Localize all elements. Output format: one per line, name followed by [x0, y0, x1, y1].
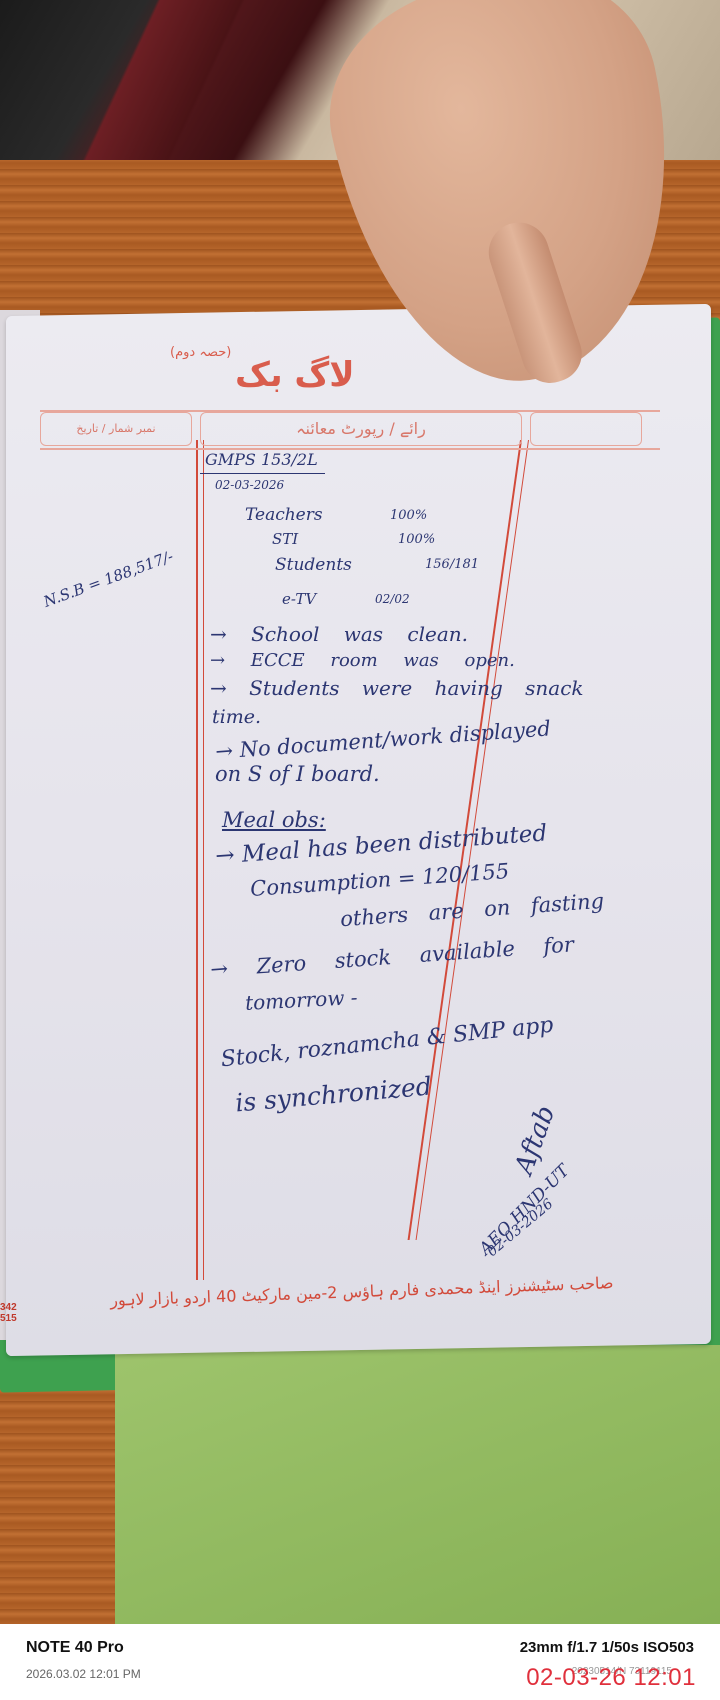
- attendance-value: 100%: [390, 508, 427, 523]
- photo: (حصہ دوم) لاگ بک نمبر شمار / تاریخ رائے …: [0, 0, 720, 1624]
- school-code: GMPS 153/2L: [205, 450, 318, 469]
- logbook-title: لاگ بک: [235, 355, 355, 395]
- observation-line: time.: [212, 706, 261, 728]
- logbook-page: [6, 304, 711, 1356]
- printer-code: 342 515: [0, 1302, 17, 1324]
- date-stamp: 02-03-26 12:01: [526, 1664, 696, 1692]
- green-plastic-folder: [115, 1345, 720, 1624]
- attendance-value: 100%: [398, 532, 435, 547]
- printer-code-line: 342: [0, 1302, 17, 1313]
- attendance-value: 156/181: [425, 557, 479, 572]
- school-code-underline: [200, 473, 325, 474]
- observation-line: → School was clean.: [210, 622, 468, 646]
- header-left-cell: نمبر شمار / تاریخ: [40, 412, 192, 446]
- observation-line: on S of I board.: [215, 762, 380, 786]
- logbook-part-label: (حصہ دوم): [170, 345, 231, 360]
- table-header: نمبر شمار / تاریخ رائے / رپورٹ معائنہ: [40, 410, 660, 450]
- header-report-cell: رائے / رپورٹ معائنہ: [200, 412, 522, 446]
- device-model: NOTE 40 Pro: [26, 1639, 124, 1657]
- attendance-label: STI: [272, 530, 298, 548]
- attendance-label: e-TV: [282, 590, 316, 608]
- chair-strap: [60, 0, 320, 160]
- meal-heading: Meal obs:: [222, 808, 326, 832]
- exif-watermark-bar: NOTE 40 Pro 2026.03.02 12:01 PM 23mm f/1…: [0, 1624, 720, 1700]
- attendance-label: Students: [275, 555, 352, 575]
- entry-date: 02-03-2026: [215, 478, 284, 492]
- attendance-value: 02/02: [375, 592, 410, 606]
- ruling-left: [196, 440, 198, 1280]
- printer-code-line: 515: [0, 1313, 17, 1324]
- attendance-label: Teachers: [245, 505, 323, 525]
- observation-line: → ECCE room was open.: [210, 650, 515, 671]
- capture-datetime: 2026.03.02 12:01 PM: [26, 1667, 141, 1681]
- ruling-left-2: [203, 440, 204, 1280]
- header-right-cell: [530, 412, 642, 446]
- lens-info: 23mm f/1.7 1/50s ISO503: [520, 1639, 694, 1656]
- observation-line: → Students were having snack: [210, 676, 584, 700]
